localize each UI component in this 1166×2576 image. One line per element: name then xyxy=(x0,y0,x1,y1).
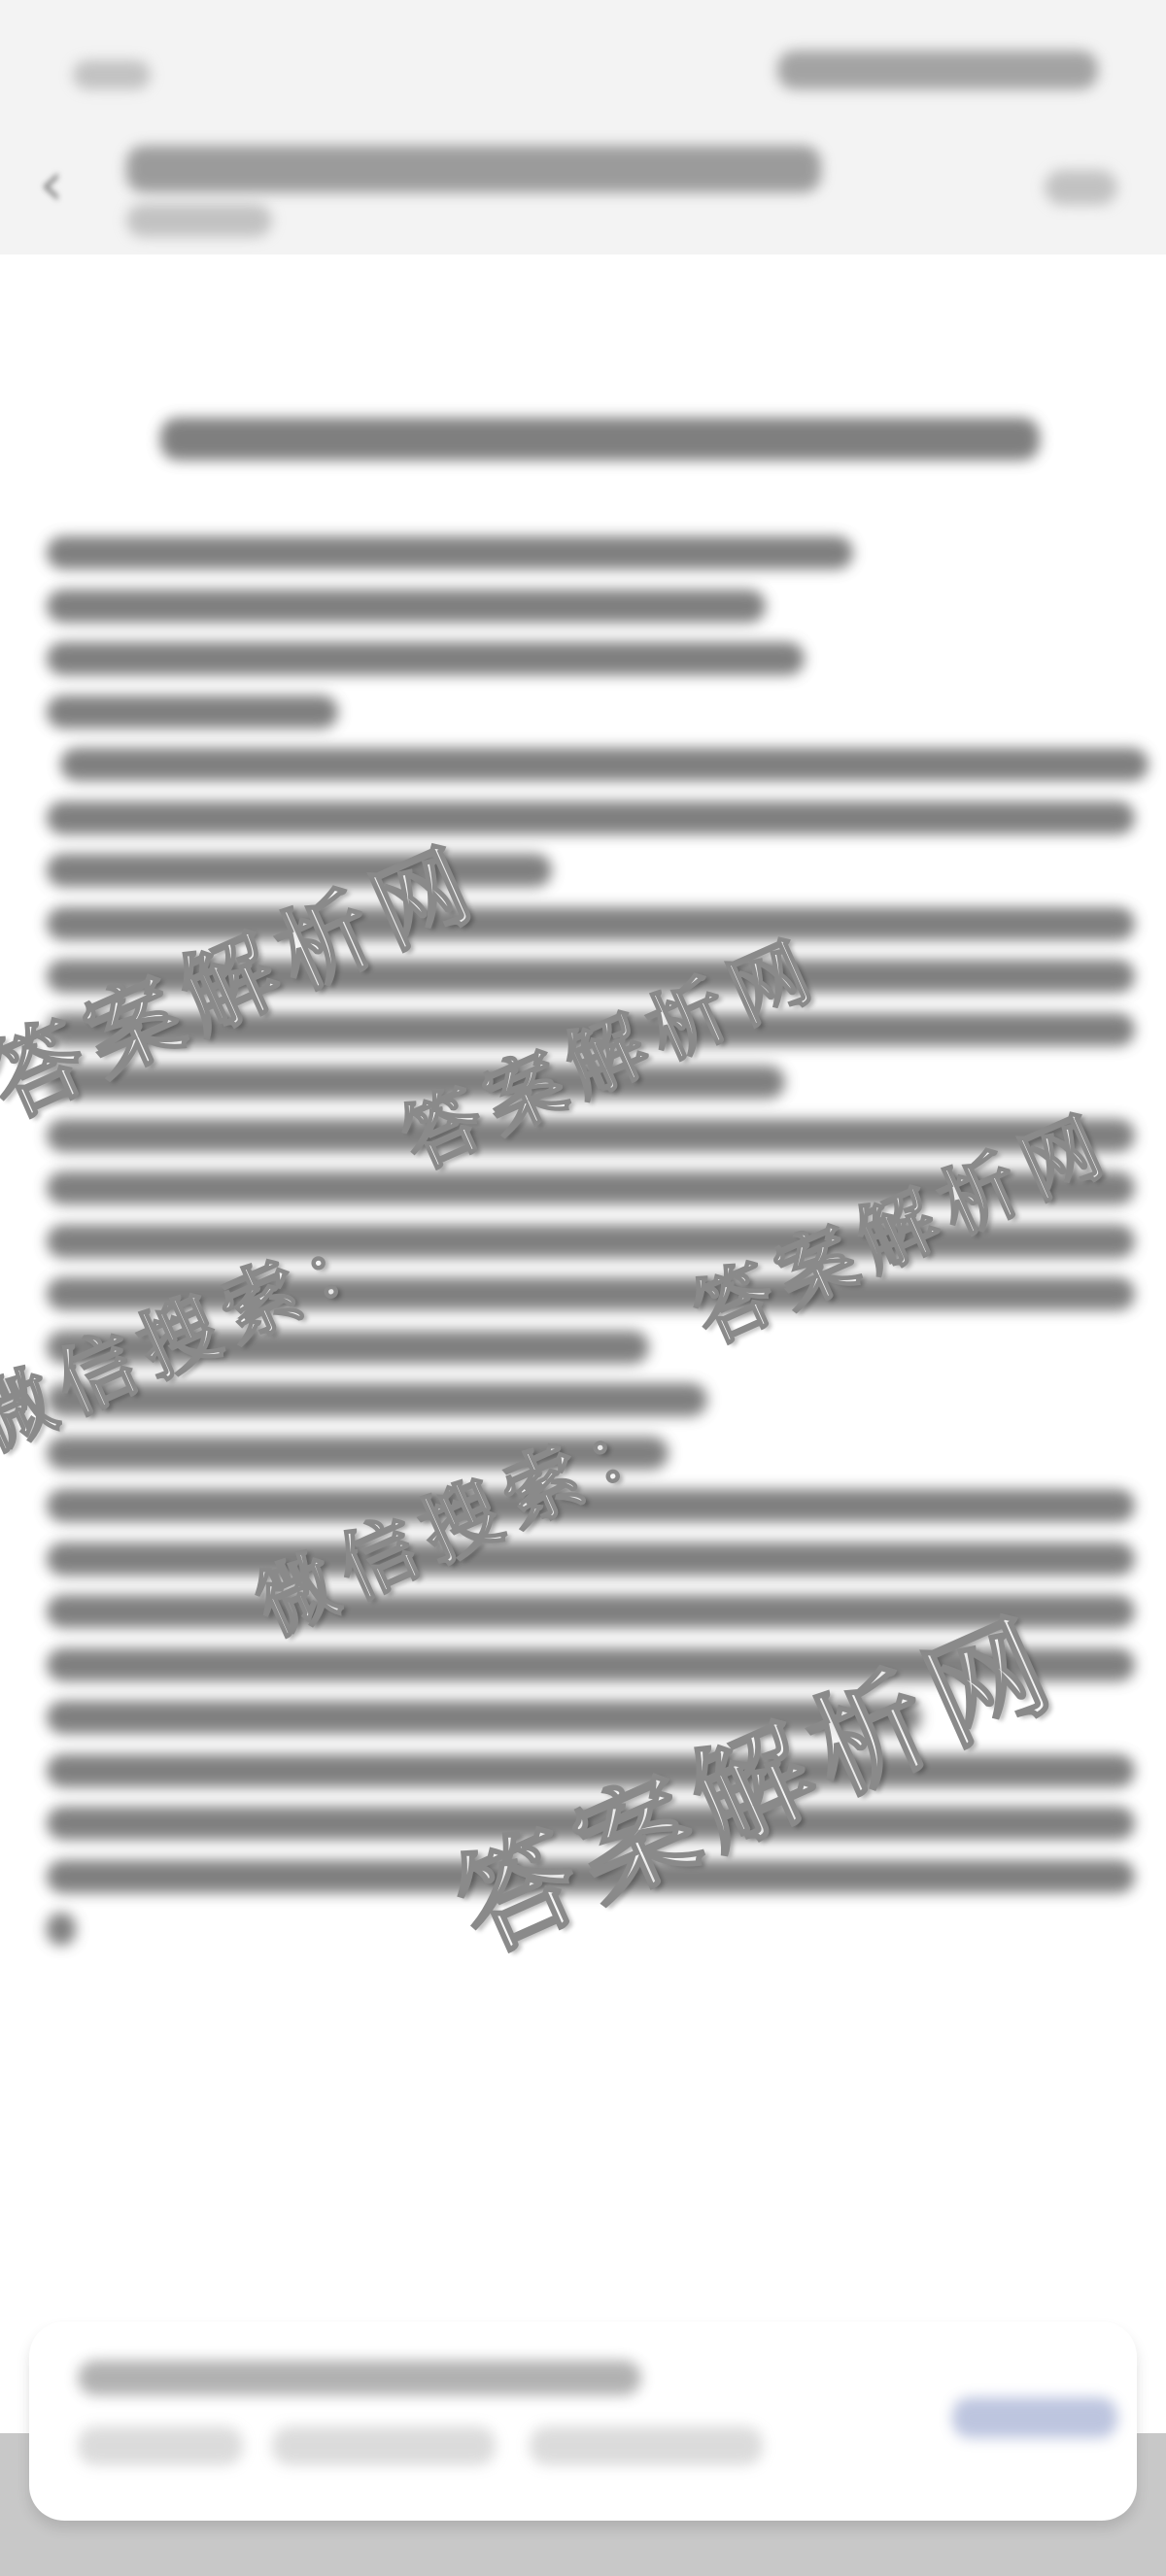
document-subtitle xyxy=(126,204,272,237)
bottom-action-bar xyxy=(29,2322,1137,2521)
status-icons xyxy=(777,51,1098,89)
accent-link[interactable] xyxy=(952,2397,1117,2438)
content-line xyxy=(47,695,338,729)
document-title xyxy=(126,146,821,192)
action-button-3[interactable] xyxy=(530,2426,763,2465)
bottom-info-text xyxy=(78,2360,641,2395)
action-button-1[interactable] xyxy=(78,2426,243,2465)
app-header: ‹ xyxy=(0,0,1166,254)
action-button-2[interactable] xyxy=(272,2426,496,2465)
content-line xyxy=(47,1542,1135,1576)
content-title xyxy=(160,418,1040,460)
content-line xyxy=(47,536,853,569)
content-line xyxy=(60,748,1149,781)
content-line xyxy=(47,590,766,623)
more-button[interactable] xyxy=(1045,170,1117,205)
content-line xyxy=(47,1913,76,1946)
content-line xyxy=(47,801,1135,834)
status-time xyxy=(73,60,151,89)
content-line xyxy=(47,642,805,675)
back-icon[interactable]: ‹ xyxy=(39,155,78,214)
